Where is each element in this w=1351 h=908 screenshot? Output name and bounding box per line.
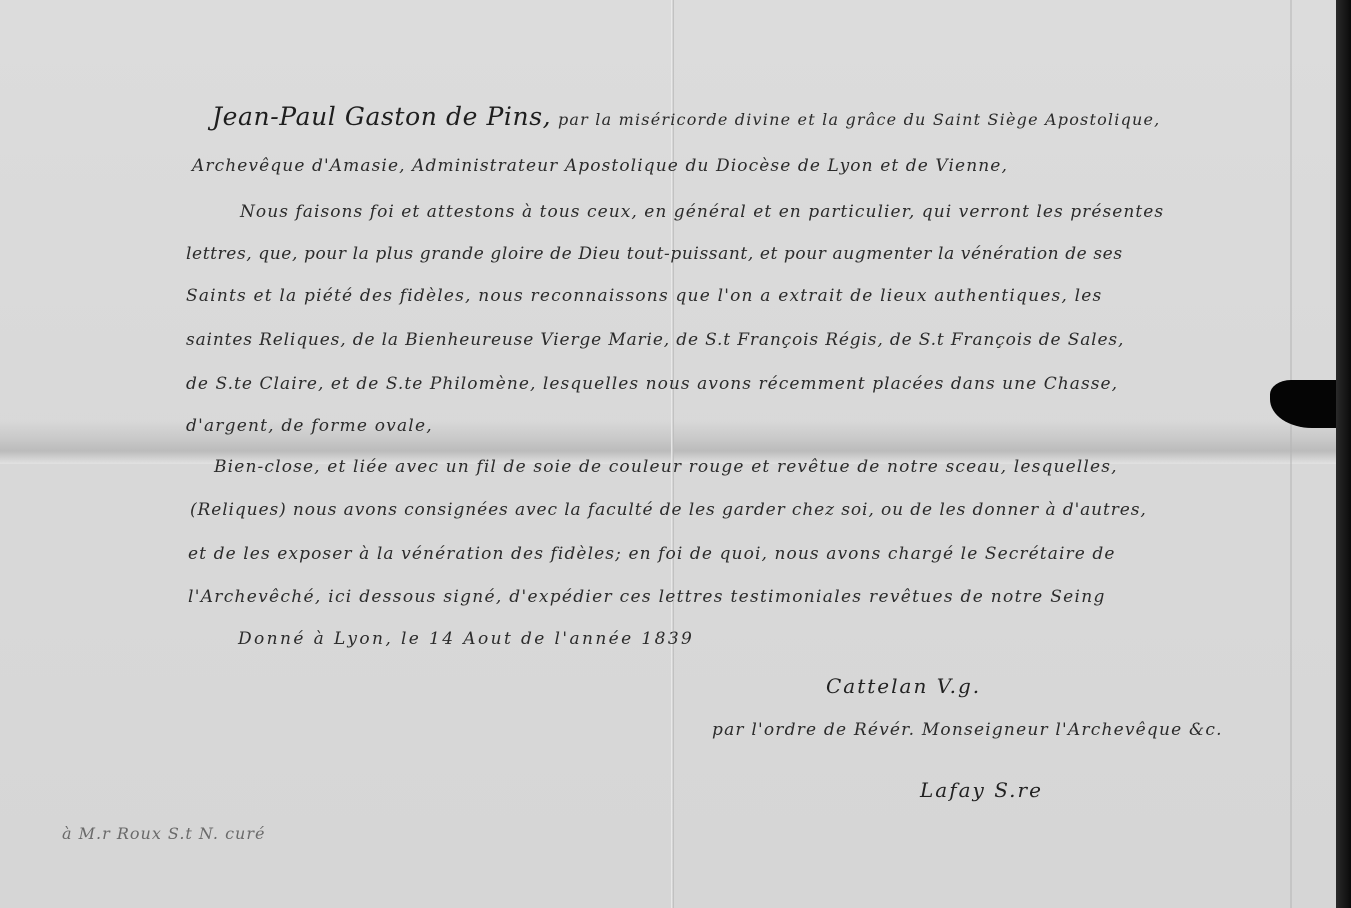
text-line-6: de S.te Claire, et de S.te Philomène, le… bbox=[186, 376, 1118, 393]
text-line-11: l'Archevêché, ici dessous signé, d'expéd… bbox=[188, 589, 1106, 606]
text-line-1: Archevêque d'Amasie, Administrateur Apos… bbox=[192, 158, 1008, 175]
heading-line: Jean-Paul Gaston de Pins, par la miséric… bbox=[212, 104, 1160, 129]
text-line-4: Saints et la piété des fidèles, nous rec… bbox=[186, 288, 1102, 305]
signature-vicar-general: Cattelan V.g. bbox=[826, 676, 981, 696]
signature-secretary: Lafay S.re bbox=[920, 780, 1043, 800]
vertical-fold-crease bbox=[671, 0, 674, 908]
text-line-5: saintes Reliques, de la Bienheureuse Vie… bbox=[186, 332, 1124, 349]
text-line-10: et de les exposer à la vénération des fi… bbox=[188, 546, 1116, 563]
document-page: Jean-Paul Gaston de Pins, par la miséric… bbox=[0, 0, 1336, 908]
text-line-9: (Reliques) nous avons consignées avec la… bbox=[190, 502, 1147, 519]
archbishop-name: Jean-Paul Gaston de Pins, bbox=[212, 102, 551, 131]
text-line-8: Bien-close, et liée avec un fil de soie … bbox=[214, 459, 1118, 476]
dark-background-edge bbox=[1336, 0, 1351, 908]
signature-order-line: par l'ordre de Révér. Monseigneur l'Arch… bbox=[712, 722, 1223, 739]
right-fold-crease bbox=[1290, 0, 1292, 908]
margin-note: à M.r Roux S.t N. curé bbox=[62, 826, 265, 842]
text-line-7: d'argent, de forme ovale, bbox=[186, 418, 433, 435]
text-line-2: Nous faisons foi et attestons à tous ceu… bbox=[240, 204, 1164, 221]
dateline: Donné à Lyon, le 14 Aout de l'année 1839 bbox=[238, 631, 694, 648]
text-line-3: lettres, que, pour la plus grande gloire… bbox=[186, 246, 1123, 263]
heading-title: par la miséricorde divine et la grâce du… bbox=[558, 110, 1161, 129]
